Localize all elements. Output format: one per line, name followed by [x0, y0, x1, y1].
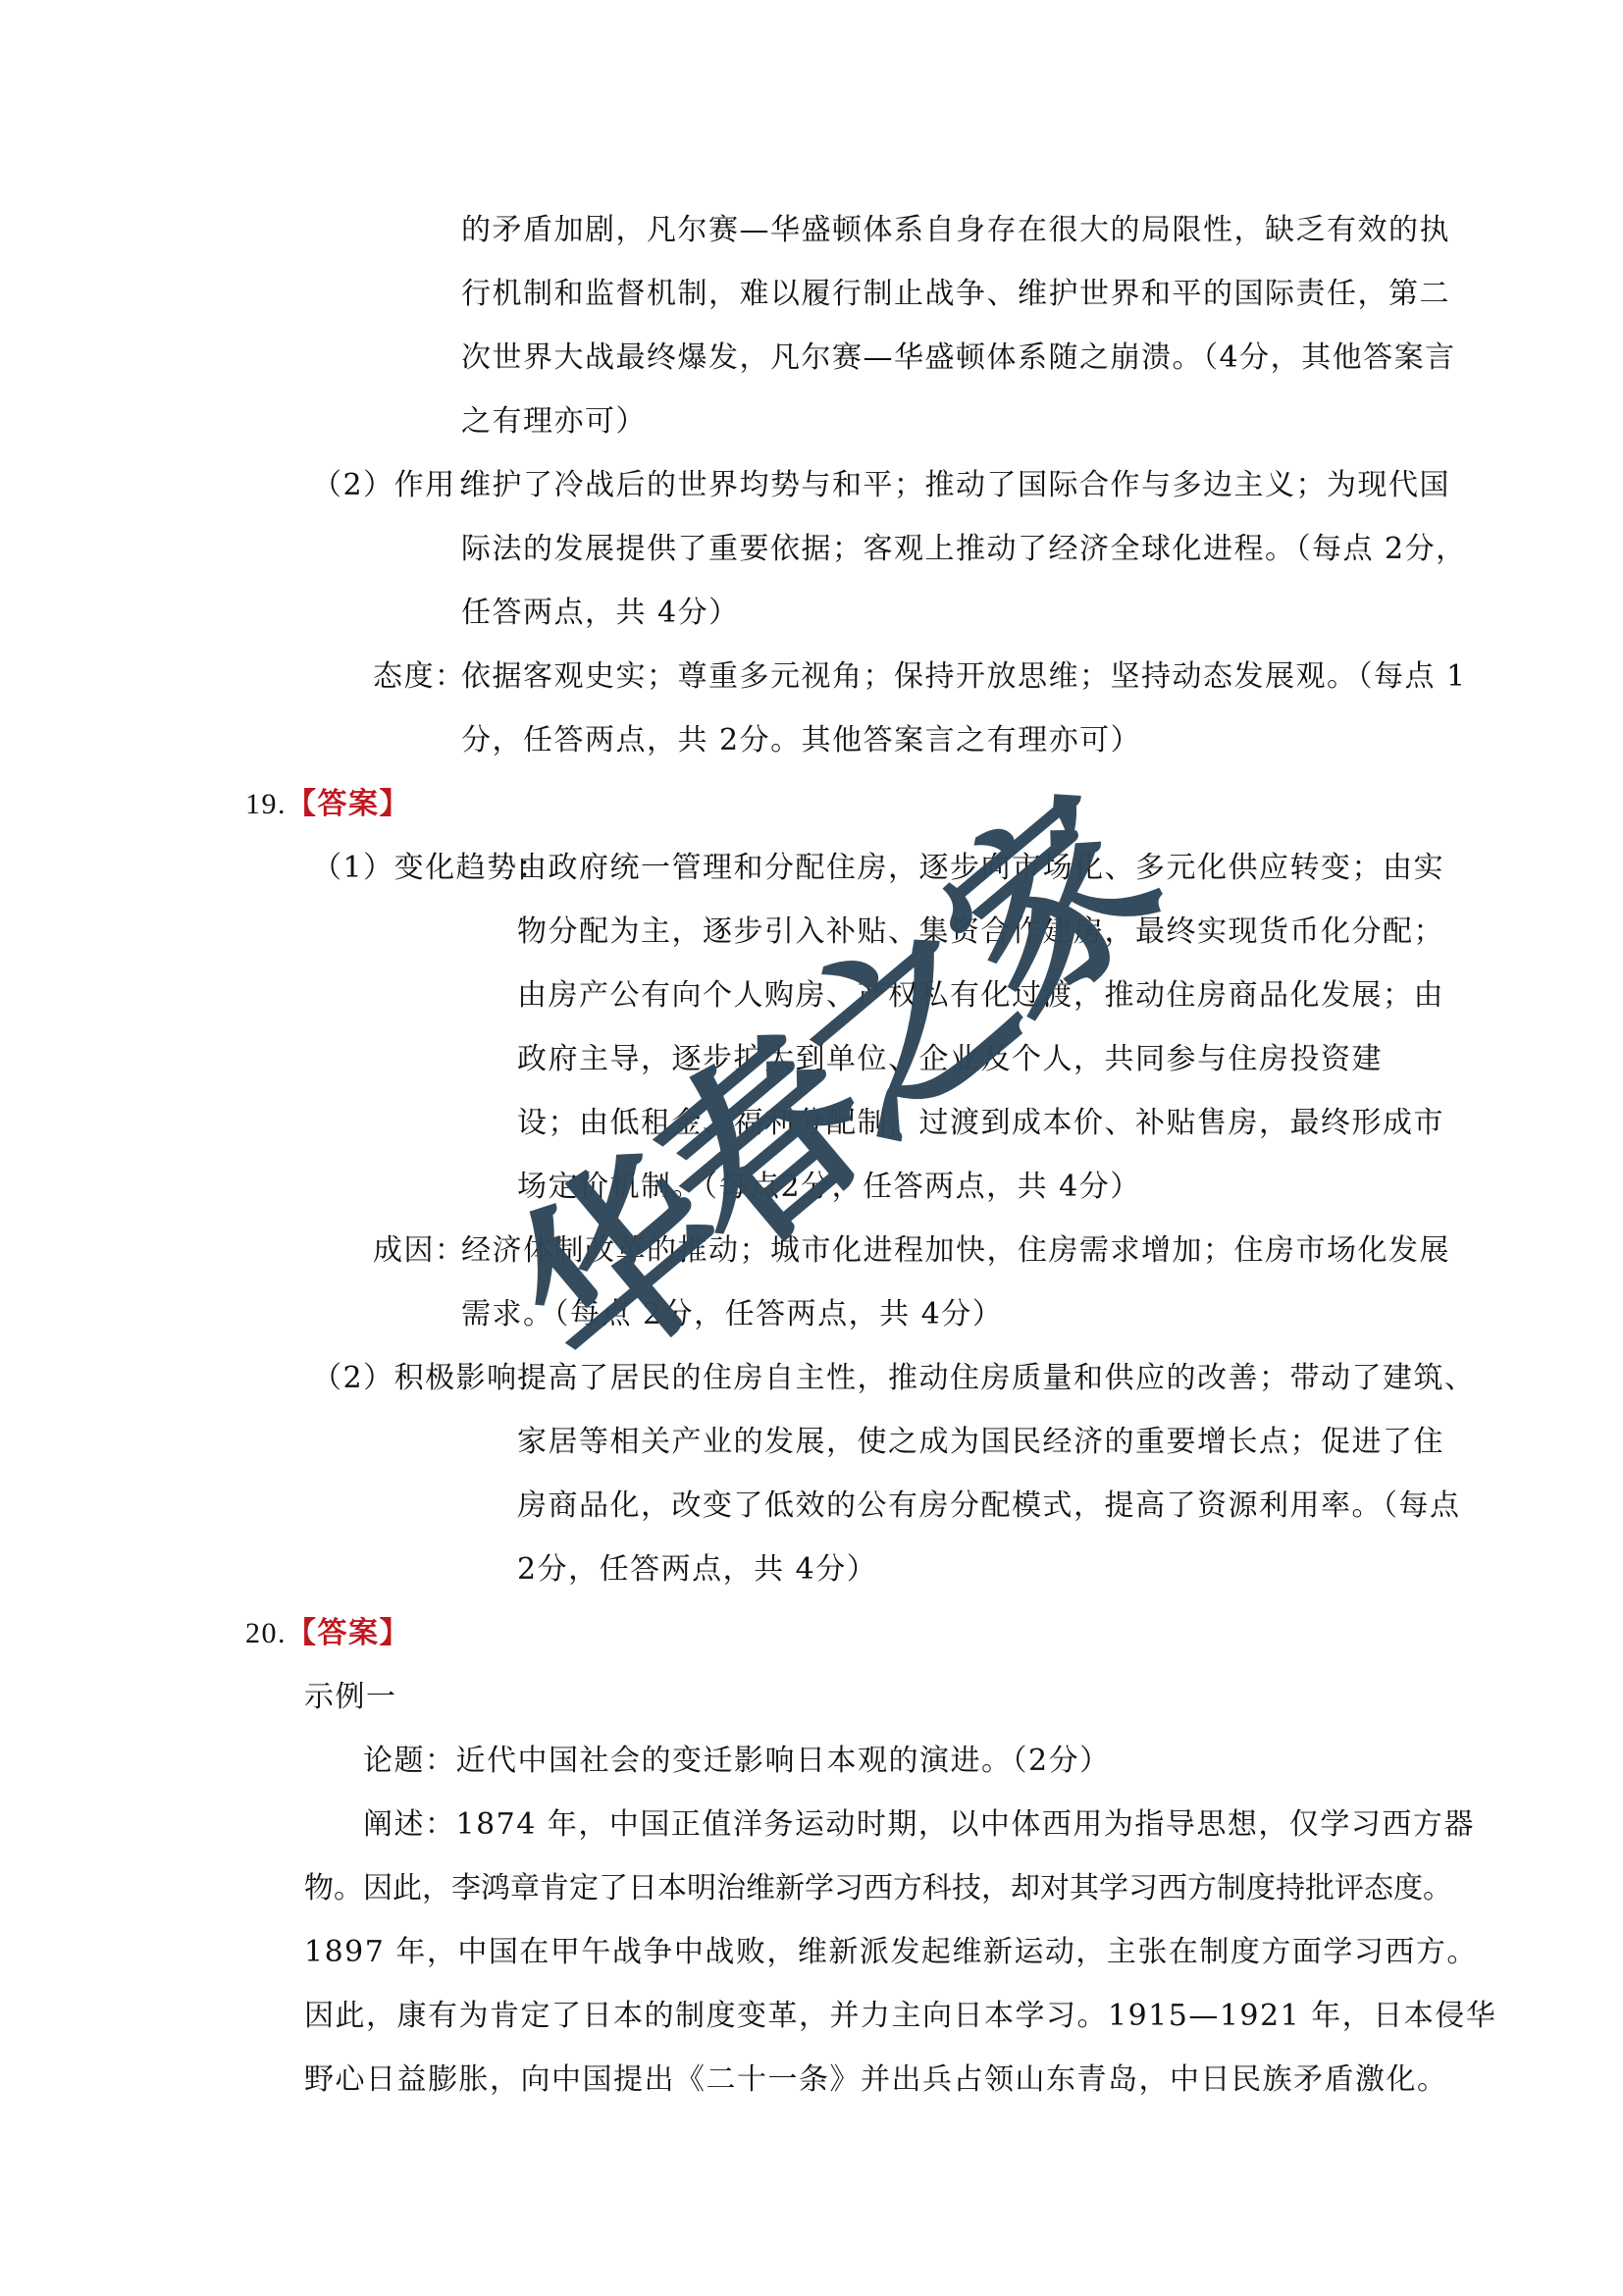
q18-attitude-label: 态度：	[373, 657, 466, 697]
q18-text-line: 之有理亦可）	[461, 402, 647, 442]
q20-example-label: 示例一	[304, 1678, 397, 1717]
q19-part2-line: 房商品化，改变了低效的公有房分配模式，提高了资源利用率。（每点	[517, 1487, 1461, 1526]
q18-text-line: 次世界大战最终爆发，凡尔赛—华盛顿体系随之崩溃。（4分，其他答案言	[461, 339, 1456, 378]
q19-part2-label: （2）积极影响：	[312, 1359, 549, 1398]
q20-elaboration-line: 因此，康有为肯定了日本的制度变革，并力主向日本学习。1915—1921 年，日本…	[304, 1997, 1496, 2036]
q18-attitude-line: 依据客观史实；尊重多元视角；保持开放思维；坚持动态发展观。（每点 1	[461, 657, 1467, 697]
q19-part2-line: 2分，任答两点，共 4分）	[517, 1550, 877, 1590]
answer-tag: 【答案】	[287, 1616, 410, 1650]
q18-text-line: 的矛盾加剧，凡尔赛—华盛顿体系自身存在很大的局限性，缺乏有效的执	[461, 211, 1450, 250]
q18-part2-line: 维护了冷战后的世界均势与和平；推动了国际合作与多边主义；为现代国	[461, 466, 1450, 505]
q19-part1-label: （1）变化趋势：	[312, 849, 549, 888]
q19-part2-line: 家居等相关产业的发展，使之成为国民经济的重要增长点；促进了住	[517, 1423, 1444, 1462]
q19-part1-line: 由政府统一管理和分配住房，逐步向市场化、多元化供应转变；由实	[517, 849, 1444, 888]
q20-elaboration-line: 1897 年，中国在甲午战争中战败，维新派发起维新运动，主张在制度方面学习西方。	[304, 1933, 1478, 1972]
document-page: 的矛盾加剧，凡尔赛—华盛顿体系自身存在很大的局限性，缺乏有效的执 行机制和监督机…	[0, 0, 1623, 2296]
q19-part1-line: 场定价机制。（每点2分，任答两点，共 4分）	[517, 1168, 1141, 1207]
q20-elaboration-line: 物。因此，李鸿章肯定了日本明治维新学习西方科技，却对其学习西方制度持批评态度。	[304, 1869, 1452, 1908]
q19-part1-line: 由房产公有向个人购房、产权私有化过渡，推动住房商品化发展；由	[517, 976, 1444, 1016]
q19-cause-line: 经济体制改革的推动；城市化进程加快，住房需求增加；住房市场化发展	[461, 1231, 1450, 1271]
answer-tag: 【答案】	[287, 787, 410, 821]
q20-number: 20.	[245, 1617, 287, 1649]
q20-thesis: 论题：近代中国社会的变迁影响日本观的演进。（2分）	[363, 1742, 1111, 1781]
q20-elaboration-line: 阐述：1874 年，中国正值洋务运动时期，以中体西用为指导思想，仅学习西方器	[363, 1805, 1475, 1845]
q19-part1-line: 物分配为主，逐步引入补贴、集资合作建房，最终实现货币化分配；	[517, 913, 1444, 952]
q19-part1-line: 设；由低租金、福利分配制，过渡到成本价、补贴售房，最终形成市	[517, 1104, 1444, 1143]
q19-heading: 19.【答案】	[245, 785, 410, 824]
q19-cause-line: 需求。（每点 2分，任答两点，共 4分）	[461, 1295, 1003, 1334]
q18-attitude-line: 分，任答两点，共 2分。其他答案言之有理亦可）	[461, 721, 1141, 760]
q20-elaboration-line: 野心日益膨胀，向中国提出《二十一条》并出兵占领山东青岛，中日民族矛盾激化。	[304, 2061, 1448, 2100]
q18-part2-line: 际法的发展提供了重要依据；客观上推动了经济全球化进程。（每点 2分，	[461, 530, 1467, 569]
q19-number: 19.	[245, 788, 287, 820]
q19-cause-label: 成因：	[373, 1231, 466, 1271]
q18-part2-line: 任答两点，共 4分）	[461, 594, 740, 633]
q19-part2-line: 提高了居民的住房自主性，推动住房质量和供应的改善；带动了建筑、	[517, 1359, 1476, 1398]
q20-heading: 20.【答案】	[245, 1614, 410, 1653]
q18-text-line: 行机制和监督机制，难以履行制止战争、维护世界和平的国际责任，第二	[461, 275, 1450, 314]
q19-part1-line: 政府主导，逐步扩大到单位、企业及个人，共同参与住房投资建	[517, 1040, 1383, 1079]
